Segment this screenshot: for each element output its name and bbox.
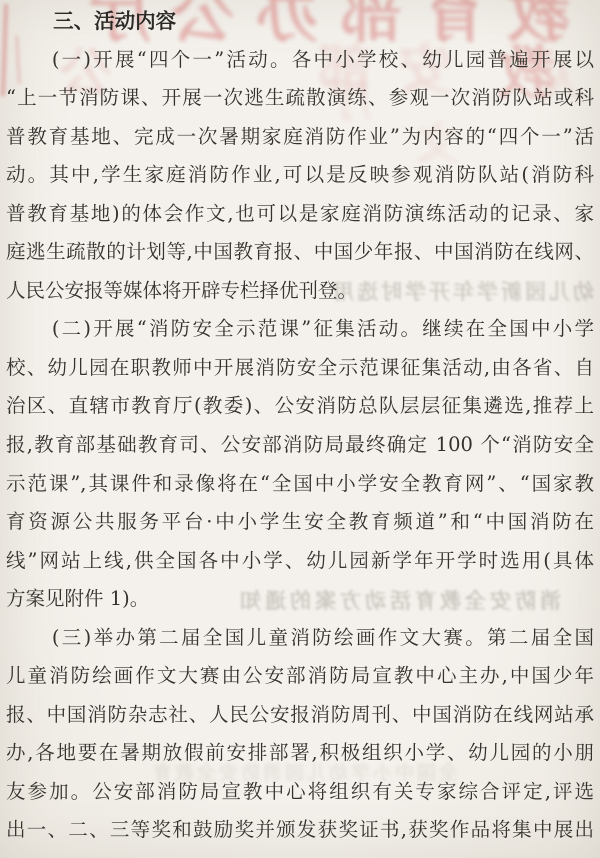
- text-line: (一)开展“四个一”活动。各中小学校、幼儿园普遍开展以: [0, 41, 600, 80]
- text-line: 育资源公共服务平台·中小学生安全教育频道”和“中国消防在: [0, 503, 600, 542]
- text-line: 友参加。公安部消防局宣教中心将组织有关专家综合评定,评选: [0, 773, 600, 812]
- document-text-column: 三、活动内容 (一)开展“四个一”活动。各中小学校、幼儿园普遍开展以 “上一节消…: [0, 2, 600, 850]
- text-line: 动。其中,学生家庭消防作业,可以是反映参观消防队站(消防科: [0, 156, 600, 195]
- document-page: 教育部办公厅 公 安部 教 厅 文 人 幼儿园新学年开学时选用 消防安全教育活动…: [0, 0, 600, 858]
- text-line: (三)举办第二届全国儿童消防绘画作文大赛。第二届全国: [0, 619, 600, 658]
- text-line: 报,教育部基础教育司、公安部消防局最终确定 100 个“消防安全: [0, 426, 600, 465]
- text-line: 报、中国消防杂志社、人民公安报消防周刊、中国消防在线网站承: [0, 696, 600, 735]
- text-line: 出一、二、三等奖和鼓励奖并颁发获奖证书,获奖作品将集中展出: [0, 811, 600, 850]
- text-line: 人民公安报等媒体将开辟专栏择优刊登。: [0, 272, 600, 311]
- text-line: (二)开展“消防安全示范课”征集活动。继续在全国中小学: [0, 310, 600, 349]
- text-line: 普教育基地、完成一次暑期家庭消防作业”为内容的“四个一”活: [0, 118, 600, 157]
- text-line: 办,各地要在暑期放假前安排部署,积极组织小学、幼儿园的小朋: [0, 734, 600, 773]
- text-line: 儿童消防绘画作文大赛由公安部消防局宣教中心主办,中国少年: [0, 657, 600, 696]
- text-line: 校、幼儿园在职教师中开展消防安全示范课征集活动,由各省、自: [0, 349, 600, 388]
- text-line: 线”网站上线,供全国各中小学、幼儿园新学年开学时选用(具体: [0, 542, 600, 581]
- section-heading: 三、活动内容: [0, 2, 600, 41]
- text-line: 庭逃生疏散的计划等,中国教育报、中国少年报、中国消防在线网、: [0, 233, 600, 272]
- text-line: 示范课”,其课件和录像将在“全国中小学安全教育网”、“国家教: [0, 465, 600, 504]
- text-line: 方案见附件 1)。: [0, 580, 600, 619]
- text-line: 普教育基地)的体会作文,也可以是家庭消防演练活动的记录、家: [0, 195, 600, 234]
- text-line: “上一节消防课、开展一次逃生疏散演练、参观一次消防队站或科: [0, 79, 600, 118]
- text-line: 治区、直辖市教育厅(教委)、公安消防总队层层征集遴选,推荐上: [0, 387, 600, 426]
